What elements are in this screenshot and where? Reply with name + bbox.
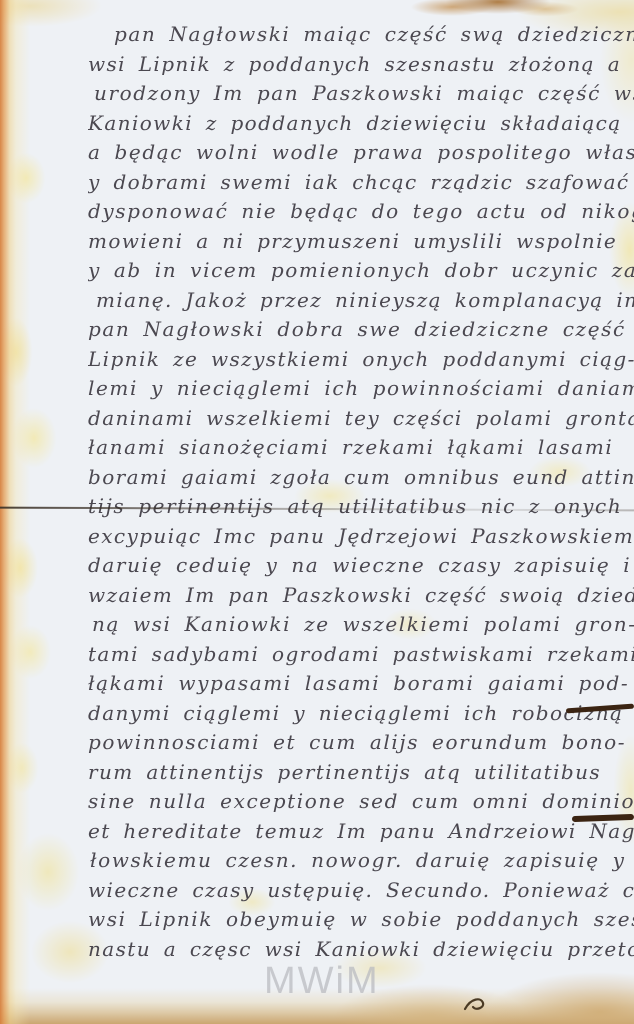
manuscript-line: łowskiemu czesn. nowogr. daruię zapisuię…	[88, 846, 634, 876]
manuscript-line: rum attinentijs pertinentijs atq utilita…	[88, 758, 634, 788]
pen-squiggle-mark	[462, 996, 498, 1018]
manuscript-line: pan Nagłowski maiąc część swą dziedziczn…	[88, 20, 634, 50]
manuscript-line: daruię ceduię y na wieczne czasy zapisui…	[88, 551, 634, 581]
manuscript-line: sine nulla exceptione sed cum omni domin…	[88, 787, 634, 817]
watermark-text: MWiM	[264, 960, 380, 1003]
manuscript-line: łąkami wypasami lasami borami gaiami pod…	[88, 669, 634, 699]
manuscript-line: dysponować nie będąc do tego actu od nik…	[88, 197, 634, 227]
manuscript-line: danymi ciąglemi y nieciąglemi ich roboci…	[88, 699, 634, 729]
manuscript-line: łanami sianożęciami rzekami łąkami lasam…	[88, 433, 634, 463]
manuscript-line: daninami wszelkiemi tey części polami gr…	[88, 404, 634, 434]
manuscript-line: lemi y nieciąglemi ich powinnościami dan…	[88, 374, 634, 404]
manuscript-line: urodzony Im pan Paszkowski maiąc część w…	[88, 79, 634, 109]
manuscript-line: Kaniowki z poddanych dziewięciu składaią…	[88, 109, 634, 139]
manuscript-text-block: pan Nagłowski maiąc część swą dziedziczn…	[88, 20, 634, 964]
manuscript-line: pan Nagłowski dobra swe dziedziczne częś…	[88, 315, 634, 345]
manuscript-line: wzaiem Im pan Paszkowski część swoią dzi…	[88, 581, 634, 611]
manuscript-line: borami gaiami zgoła cum omnibus eund att…	[88, 463, 634, 493]
manuscript-line: wsi Lipnik z poddanych szesnastu złożoną…	[88, 50, 634, 80]
manuscript-line: y ab in vicem pomienionych dobr uczynic …	[88, 256, 634, 286]
manuscript-line: a będąc wolni wodle prawa pospolitego wł…	[88, 138, 634, 168]
manuscript-line: ną wsi Kaniowki ze wszelkiemi polami gro…	[88, 610, 634, 640]
manuscript-line: mowieni a ni przymuszeni umyslili wspoln…	[88, 227, 634, 257]
manuscript-line: Lipnik ze wszystkiemi onych poddanymi ci…	[88, 345, 634, 375]
torn-left-edge	[0, 0, 30, 1024]
manuscript-page: pan Nagłowski maiąc część swą dziedziczn…	[0, 0, 634, 1024]
manuscript-line: wieczne czasy ustępuię. Secundo. Poniewa…	[88, 876, 634, 906]
manuscript-line: mianę. Jakoż przez ninieyszą komplanacyą…	[88, 286, 634, 316]
manuscript-line: et hereditate temuz Im panu Andrzeiowi N…	[88, 817, 634, 847]
manuscript-line: powinnosciami et cum alijs eorundum bono…	[88, 728, 634, 758]
manuscript-line: excypuiąc Imc panu Jędrzejowi Paszkowski…	[88, 522, 634, 552]
manuscript-line: wsi Lipnik obeymuię w sobie poddanych sz…	[88, 905, 634, 935]
manuscript-line: y dobrami swemi iak chcąc rządzic szafow…	[88, 168, 634, 198]
manuscript-line: tami sadybami ogrodami pastwiskami rzeka…	[88, 640, 634, 670]
